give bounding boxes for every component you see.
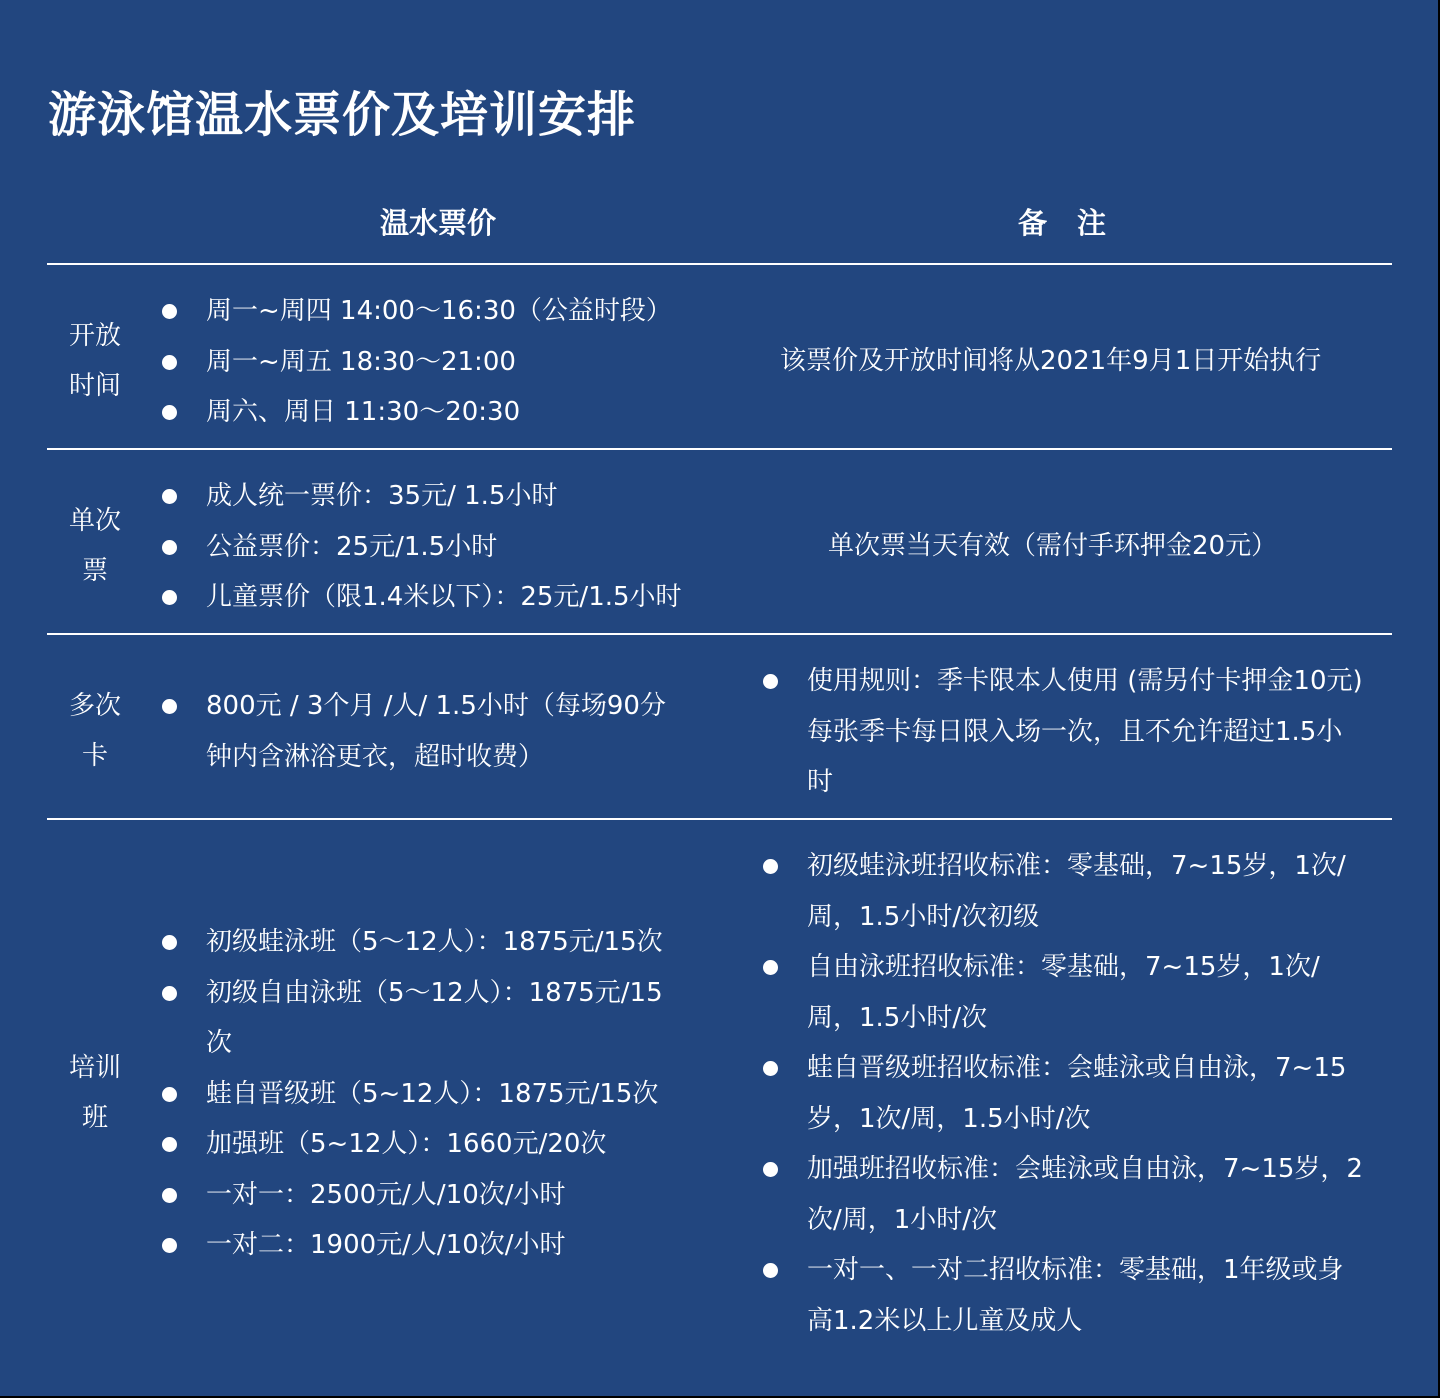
list-item: 蛙自晋级班（5~12人）：1875元/15次 — [162, 1069, 682, 1120]
list-item: 一对一、一对二招收标准：零基础，1年级或身高1.2米以上儿童及成人 — [763, 1245, 1363, 1346]
list-item: 一对二：1900元/人/10次/小时 — [162, 1220, 682, 1271]
divider — [47, 448, 1392, 450]
single-ticket-list: 成人统一票价：35元/ 1.5小时 公益票价：25元/1.5小时 儿童票价（限1… — [162, 471, 762, 623]
divider — [47, 263, 1392, 265]
list-item: 一对一：2500元/人/10次/小时 — [162, 1170, 682, 1221]
training-criteria-list: 初级蛙泳班招收标准：零基础，7~15岁，1次/周，1.5小时/次初级 自由泳班招… — [763, 841, 1363, 1346]
row-label-multi-card: 多次 卡 — [60, 681, 130, 781]
list-item: 加强班（5~12人）：1660元/20次 — [162, 1119, 682, 1170]
column-header-remarks: 备注 — [1018, 200, 1136, 246]
list-item: 初级蛙泳班（5～12人）：1875元/15次 — [162, 917, 682, 968]
list-item: 周一~周四 14:00～16:30（公益时段） — [162, 286, 722, 337]
column-header-ticket-price: 温水票价 — [380, 200, 496, 246]
row-label-single-ticket: 单次 票 — [60, 496, 130, 596]
divider — [47, 818, 1392, 820]
multi-card-rules: 使用规则：季卡限本人使用 (需另付卡押金10元)每张季卡每日限入场一次，且不允许… — [763, 656, 1363, 808]
list-item: 儿童票价（限1.4米以下）：25元/1.5小时 — [162, 572, 762, 623]
list-item: 成人统一票价：35元/ 1.5小时 — [162, 471, 762, 522]
list-item: 周一~周五 18:30～21:00 — [162, 337, 722, 388]
list-item: 蛙自晋级班招收标准：会蛙泳或自由泳，7~15岁，1次/周，1.5小时/次 — [763, 1043, 1363, 1144]
single-ticket-note: 单次票当天有效（需付手环押金20元） — [828, 521, 1277, 571]
opening-hours-note: 该票价及开放时间将从2021年9月1日开始执行 — [780, 336, 1321, 386]
page: 游泳馆温水票价及培训安排 温水票价 备注 开放 时间 周一~周四 14:00～1… — [0, 0, 1438, 1396]
list-item: 800元 / 3个月 /人/ 1.5小时（每场90分钟内含淋浴更衣，超时收费） — [162, 681, 682, 782]
list-item: 使用规则：季卡限本人使用 (需另付卡押金10元)每张季卡每日限入场一次，且不允许… — [763, 656, 1363, 808]
divider — [47, 633, 1392, 635]
page-title: 游泳馆温水票价及培训安排 — [48, 80, 636, 150]
training-class-list: 初级蛙泳班（5～12人）：1875元/15次 初级自由泳班（5～12人）：187… — [162, 917, 682, 1271]
list-item: 初级蛙泳班招收标准：零基础，7~15岁，1次/周，1.5小时/次初级 — [763, 841, 1363, 942]
list-item: 周六、周日 11:30～20:30 — [162, 387, 722, 438]
list-item: 加强班招收标准：会蛙泳或自由泳，7~15岁，2次/周，1小时/次 — [763, 1144, 1363, 1245]
multi-card-list: 800元 / 3个月 /人/ 1.5小时（每场90分钟内含淋浴更衣，超时收费） — [162, 681, 682, 782]
opening-hours-list: 周一~周四 14:00～16:30（公益时段） 周一~周五 18:30～21:0… — [162, 286, 722, 438]
row-label-opening-hours: 开放 时间 — [60, 311, 130, 411]
row-label-training: 培训 班 — [60, 1043, 130, 1143]
list-item: 公益票价：25元/1.5小时 — [162, 522, 762, 573]
list-item: 初级自由泳班（5～12人）：1875元/15次 — [162, 968, 682, 1069]
list-item: 自由泳班招收标准：零基础，7~15岁，1次/周，1.5小时/次 — [763, 942, 1363, 1043]
